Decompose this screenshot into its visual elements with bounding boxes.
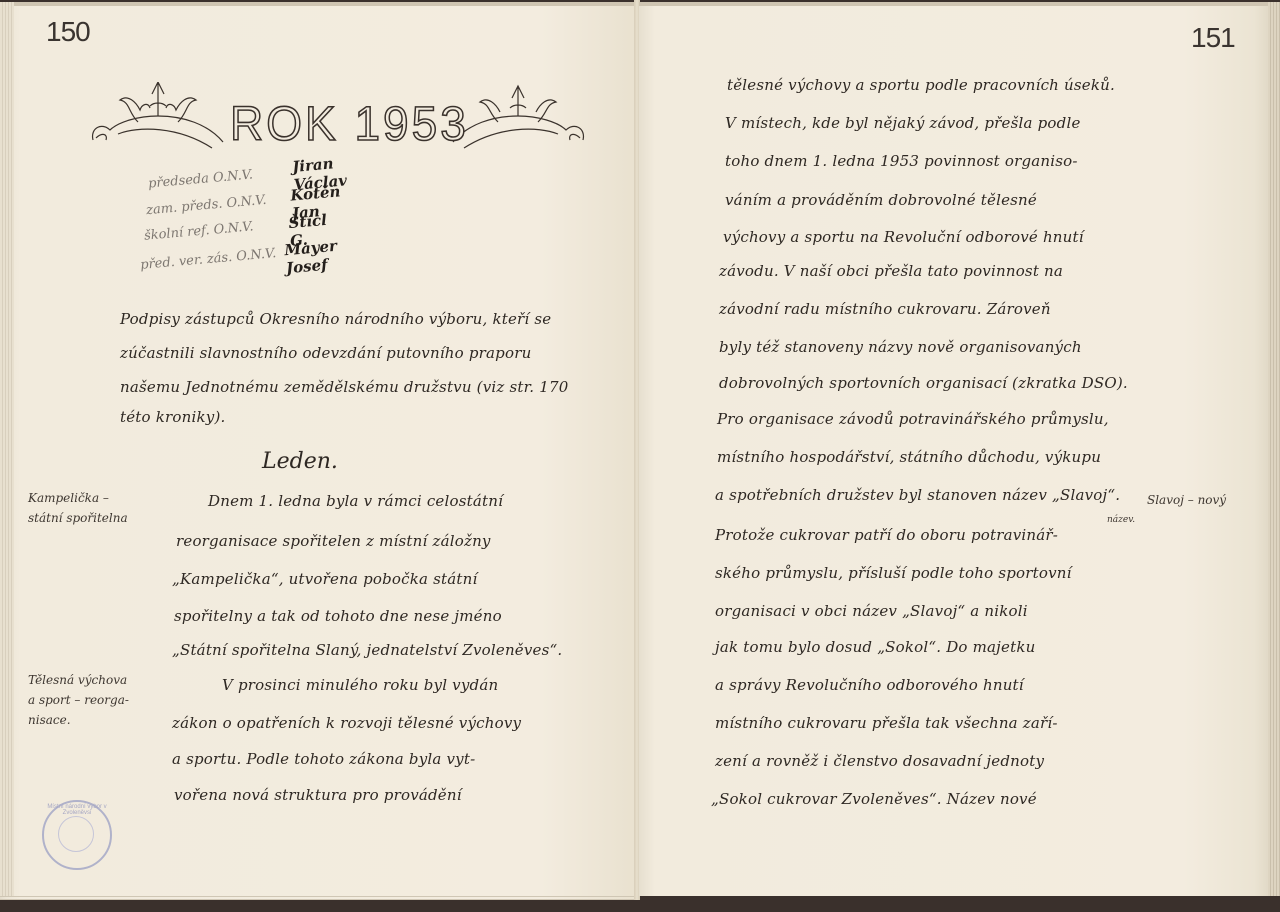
margin-note-line: státní spořitelna [28, 508, 128, 528]
stamp-emblem-icon [58, 816, 94, 852]
body-line: váním a prováděním dobrovolné tělesné [725, 191, 1037, 209]
floral-ornament-right-icon [448, 82, 588, 162]
body-line: výchovy a sportu na Revoluční odborové h… [723, 228, 1084, 246]
body-line: reorganisace spořitelen z místní záložny [176, 532, 491, 550]
floral-ornament-left-icon [88, 82, 228, 162]
body-line: a spotřebních družstev byl stanoven náze… [715, 486, 1120, 504]
signature-row: předseda O.N.V. Jiran Václav [148, 167, 254, 191]
margin-note-line: a sport – reorga- [28, 690, 129, 710]
body-line: dobrovolných sportovních organisací (zkr… [719, 374, 1128, 392]
body-line: vořena nová struktura pro provádění [174, 786, 462, 804]
page-number: 150 [46, 16, 90, 48]
body-line: „Sokol cukrovar Zvoleněves“. Název nové [711, 790, 1037, 808]
margin-note-line: Slavoj – nový [1147, 490, 1226, 510]
body-line: ského průmyslu, přísluší podle toho spor… [715, 564, 1072, 582]
signature-name: Mayer Josef [284, 237, 339, 277]
body-line: a sportu. Podle tohoto zákona byla vyt- [172, 750, 475, 768]
margin-note-line: Tělesná výchova [28, 670, 129, 690]
body-line: zení a rovněž i členstvo dosavadní jedno… [715, 752, 1044, 770]
intro-line: této kroniky). [120, 408, 225, 426]
intro-line: našemu Jednotnému zemědělskému družstvu … [120, 378, 568, 396]
body-line: tělesné výchovy a sportu podle pracovníc… [727, 76, 1115, 94]
body-line: „Kampelička“, utvořena pobočka státní [172, 570, 478, 588]
body-line: a správy Revolučního odborového hnutí [715, 676, 1024, 694]
body-line: zákon o opatřeních k rozvoji tělesné výc… [172, 714, 521, 732]
signature-row: zam. předs. O.N.V. Kotěn Jan [146, 193, 267, 218]
body-line: místního hospodářství, státního důchodu,… [717, 448, 1101, 466]
margin-note-slavoj: Slavoj – nový název. [1147, 490, 1226, 530]
body-line: Pro organisace závodů potravinářského pr… [717, 410, 1109, 428]
page-title: ROK 1953 [230, 95, 469, 152]
intro-line: Podpisy zástupců Okresního národního výb… [120, 310, 551, 328]
margin-note-line: název. [1107, 510, 1226, 530]
stamp-text: Místní národní výbor v Zvoleněvsi [44, 804, 110, 816]
left-page: 150 ROK 1953 pře [0, 2, 637, 900]
official-stamp: Místní národní výbor v Zvoleněvsi [42, 800, 112, 870]
margin-note-line: Kampelička – [28, 488, 128, 508]
body-line: V místech, kde byl nějaký závod, přešla … [725, 114, 1081, 132]
body-line: spořitelny a tak od tohoto dne nese jmén… [174, 607, 502, 625]
signature-role: před. ver. zás. O.N.V. [140, 246, 277, 273]
signature-role: předseda O.N.V. [148, 167, 254, 191]
margin-note-line: nisace. [28, 710, 129, 730]
signature-row: školní ref. O.N.V. Štícl G. [144, 219, 255, 244]
top-edge [639, 2, 1280, 6]
signature-role: školní ref. O.N.V. [144, 219, 255, 244]
margin-note-kampelicka: Kampelička – státní spořitelna [28, 488, 128, 528]
body-line: závodní radu místního cukrovaru. Zároveň [719, 300, 1051, 318]
body-line: Dnem 1. ledna byla v rámci celostátní [208, 492, 503, 510]
body-line: závodu. V naší obci přešla tato povinnos… [719, 262, 1063, 280]
body-line: místního cukrovaru přešla tak všechna za… [715, 714, 1058, 732]
body-line: V prosinci minulého roku byl vydán [222, 676, 498, 694]
right-page: 151 tělesné výchovy a sportu podle praco… [639, 2, 1280, 896]
page-number: 151 [1191, 22, 1235, 54]
top-edge [0, 2, 637, 6]
body-line: Protože cukrovar patří do oboru potravin… [715, 526, 1058, 544]
page-edges [1268, 2, 1280, 896]
body-line: toho dnem 1. ledna 1953 povinnost organi… [725, 152, 1078, 170]
intro-line: zúčastnili slavnostního odevzdání putovn… [120, 344, 531, 362]
body-line: jak tomu bylo dosud „Sokol“. Do majetku [715, 638, 1036, 656]
section-heading: Leden. [262, 449, 338, 474]
body-line: organisaci v obci název „Slavoj“ a nikol… [715, 602, 1028, 620]
margin-note-telesna-vychova: Tělesná výchova a sport – reorga- nisace… [28, 670, 129, 730]
signature-role: zam. předs. O.N.V. [146, 193, 267, 218]
body-line: byly též stanoveny názvy nově organisova… [719, 338, 1082, 356]
body-line: „Státní spořitelna Slaný, jednatelství Z… [172, 641, 562, 659]
page-edges [0, 2, 14, 896]
signature-row: před. ver. zás. O.N.V. Mayer Josef [140, 246, 277, 273]
open-book: 150 ROK 1953 pře [0, 0, 1280, 900]
